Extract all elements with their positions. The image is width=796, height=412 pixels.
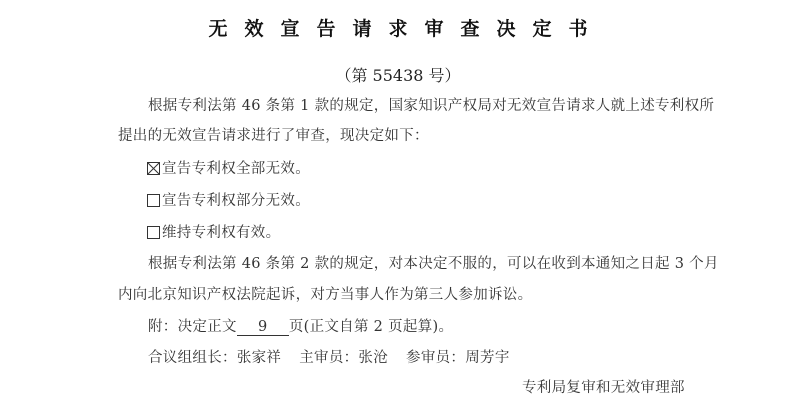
paragraph1-line1: 根据专利法第 46 条第 1 款的规定，国家知识产权局对无效宣告请求人就上述专利… xyxy=(148,94,714,115)
document-title: 无效宣告请求审查决定书 xyxy=(0,14,796,41)
attachment-line: 附：决定正文9页(正文自第 2 页起算)。 xyxy=(148,315,453,336)
unchecked-checkbox-icon xyxy=(147,226,160,239)
option-invalidate-partial: 宣告专利权部分无效。 xyxy=(147,189,310,210)
member-label: 参审员： xyxy=(406,350,465,366)
checked-checkbox-icon xyxy=(147,162,160,175)
unchecked-checkbox-icon xyxy=(147,194,160,207)
chief-label: 主审员： xyxy=(299,350,358,366)
paragraph2-line2: 内向北京知识产权法院起诉，对方当事人作为第三人参加诉讼。 xyxy=(118,283,532,304)
document-number: （第 55438 号） xyxy=(0,63,796,86)
chief-name: 张沧 xyxy=(358,350,388,366)
option-label: 维持专利权有效。 xyxy=(162,225,280,241)
attachment-suffix: 页(正文自第 2 页起算)。 xyxy=(289,319,453,335)
leader-label: 合议组组长： xyxy=(148,350,237,366)
attachment-page-count: 9 xyxy=(237,320,289,336)
attachment-prefix: 附：决定正文 xyxy=(148,319,237,335)
panel-members: 合议组组长：张家祥主审员：张沧参审员：周芳宇 xyxy=(148,346,510,367)
member-name: 周芳宇 xyxy=(465,350,509,366)
option-invalidate-all: 宣告专利权全部无效。 xyxy=(147,157,310,178)
paragraph1-line2: 提出的无效宣告请求进行了审查，现决定如下： xyxy=(118,124,429,145)
option-maintain-valid: 维持专利权有效。 xyxy=(147,221,280,242)
leader-name: 张家祥 xyxy=(237,350,281,366)
option-label: 宣告专利权全部无效。 xyxy=(162,161,310,177)
option-label: 宣告专利权部分无效。 xyxy=(162,193,310,209)
paragraph2-line1: 根据专利法第 46 条第 2 款的规定，对本决定不服的，可以在收到本通知之日起 … xyxy=(148,252,719,273)
department-signature: 专利局复审和无效审理部 xyxy=(522,376,685,397)
